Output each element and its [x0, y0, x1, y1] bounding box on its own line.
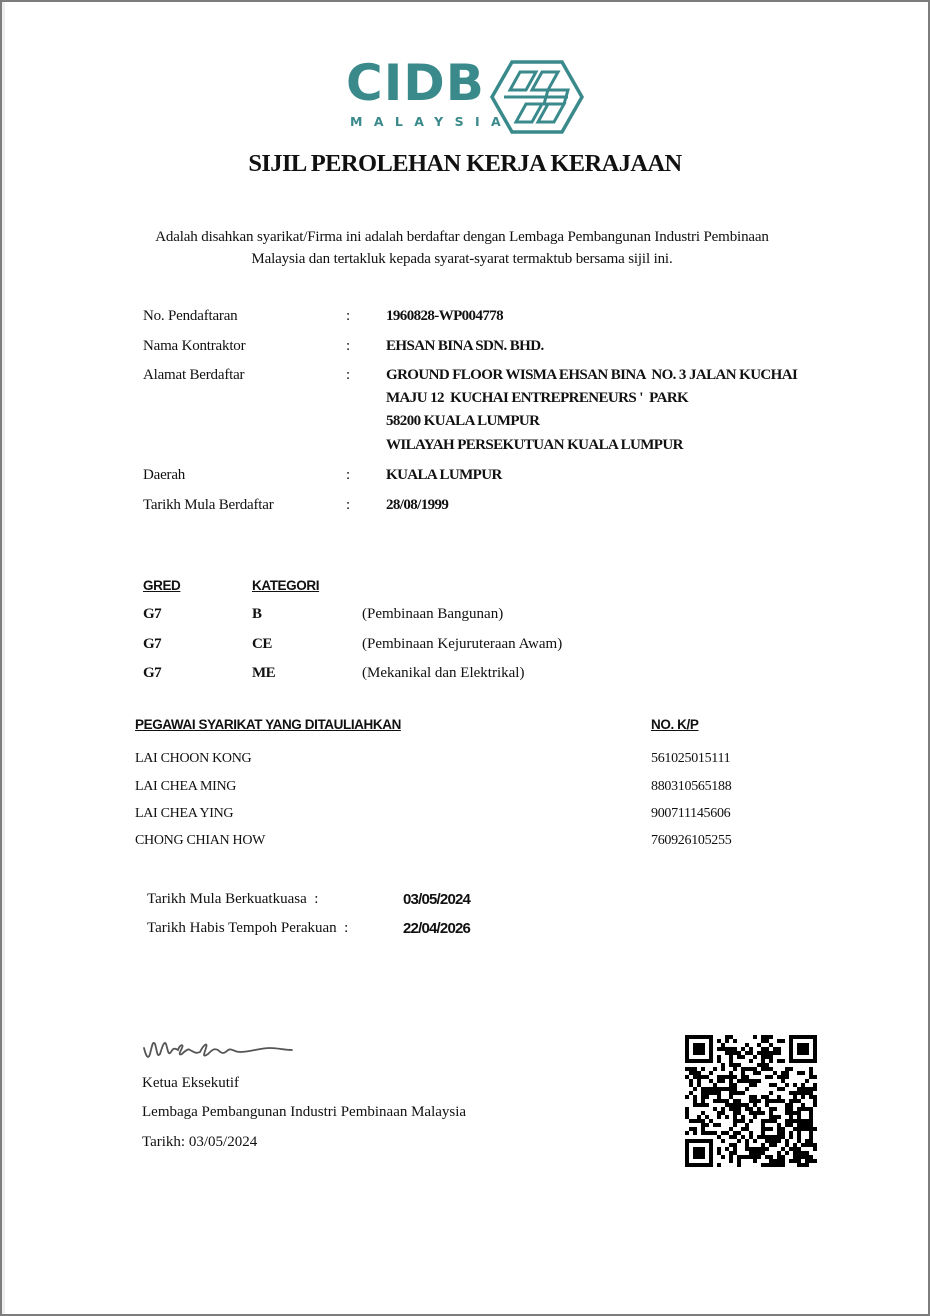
address-line: WILAYAH PERSEKUTUAN KUALA LUMPUR — [386, 437, 683, 454]
category-code: ME — [252, 665, 275, 682]
district-value: KUALA LUMPUR — [386, 467, 502, 484]
officer-id: 561025015111 — [651, 751, 730, 767]
registered-since-value: 28/08/1999 — [386, 497, 448, 514]
category-description: (Pembinaan Bangunan) — [362, 606, 503, 623]
colon: : — [346, 338, 350, 355]
qr-code-icon — [685, 1035, 817, 1167]
validity-start-value: 03/05/2024 — [403, 891, 470, 908]
officer-id: 900711145606 — [651, 806, 730, 822]
registration-no-value: 1960828-WP004778 — [386, 308, 503, 325]
category-header: KATEGORI — [252, 578, 319, 593]
officer-name: CHONG CHIAN HOW — [135, 833, 265, 849]
registered-since-label: Tarikh Mula Berdaftar — [143, 497, 274, 514]
signatory-date: Tarikh: 03/05/2024 — [142, 1134, 257, 1151]
officer-name: LAI CHEA YING — [135, 806, 233, 822]
colon: : — [346, 497, 350, 514]
certificate-title: SIJIL PEROLEHAN KERJA KERAJAAN — [2, 150, 928, 178]
cidb-hexagon-logo-icon — [490, 60, 584, 134]
contractor-name-value: EHSAN BINA SDN. BHD. — [386, 338, 544, 355]
officer-id: 880310565188 — [651, 779, 731, 795]
validity-end-value: 22/04/2026 — [403, 920, 470, 937]
address-line: MAJU 12 KUCHAI ENTREPRENEURS ' PARK — [386, 390, 688, 407]
officers-id-header: NO. K/P — [651, 717, 698, 732]
colon: : — [346, 367, 350, 384]
validity-end-label: Tarikh Habis Tempoh Perakuan : — [147, 920, 348, 937]
officers-name-header: PEGAWAI SYARIKAT YANG DITAULIAHKAN — [135, 717, 401, 732]
grade-value: G7 — [143, 636, 161, 653]
category-description: (Mekanikal dan Elektrikal) — [362, 665, 524, 682]
category-description: (Pembinaan Kejuruteraan Awam) — [362, 636, 562, 653]
address-line: GROUND FLOOR WISMA EHSAN BINA NO. 3 JALA… — [386, 367, 797, 384]
colon: : — [346, 308, 350, 325]
logo-brand-text: CIDB — [346, 54, 485, 112]
colon: : — [346, 467, 350, 484]
cidb-logo: CIDB MALAYSIA — [346, 60, 586, 136]
district-label: Daerah — [143, 467, 185, 484]
category-code: B — [252, 606, 262, 623]
grade-value: G7 — [143, 665, 161, 682]
officer-id: 760926105255 — [651, 833, 731, 849]
grade-header: GRED — [143, 578, 180, 593]
registration-no-label: No. Pendaftaran — [143, 308, 237, 325]
intro-paragraph: Adalah disahkan syarikat/Firma ini adala… — [102, 226, 822, 270]
contractor-name-label: Nama Kontraktor — [143, 338, 245, 355]
signature-icon — [142, 1030, 302, 1066]
officer-name: LAI CHOON KONG — [135, 751, 251, 767]
intro-line: Adalah disahkan syarikat/Firma ini adala… — [102, 226, 822, 248]
intro-line: Malaysia dan tertakluk kepada syarat-sya… — [102, 248, 822, 270]
signatory-title: Ketua Eksekutif — [142, 1075, 239, 1092]
validity-start-label: Tarikh Mula Berkuatkuasa : — [147, 891, 318, 908]
address-label: Alamat Berdaftar — [143, 367, 244, 384]
address-line: 58200 KUALA LUMPUR — [386, 413, 539, 430]
signatory-organization: Lembaga Pembangunan Industri Pembinaan M… — [142, 1104, 466, 1121]
category-code: CE — [252, 636, 272, 653]
officer-name: LAI CHEA MING — [135, 779, 236, 795]
grade-value: G7 — [143, 606, 161, 623]
logo-country-text: MALAYSIA — [350, 114, 512, 129]
certificate-page: CIDB MALAYSIA SIJIL PEROLEHAN KERJA KERA… — [2, 2, 928, 1314]
